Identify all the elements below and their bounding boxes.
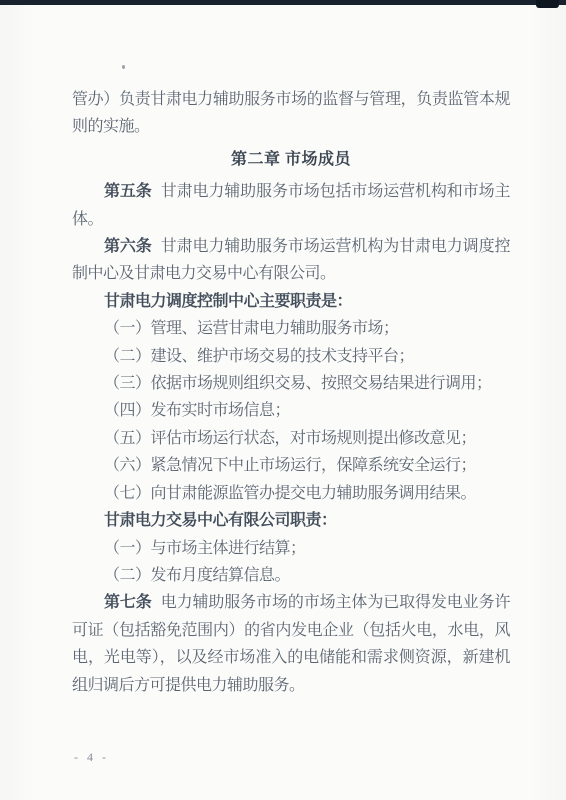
scan-top-edge-blot	[536, 0, 559, 8]
paragraph-line: 第六条甘肃电力辅助服务市场运营机构为甘肃电力调度控	[72, 233, 510, 260]
document-content: 管办）负责甘肃电力辅助服务市场的监督与管理，负责监管本规 则的实施。 第二章 市…	[72, 86, 510, 699]
paragraph-line: 制中心及甘肃电力交易中心有限公司。	[72, 260, 510, 287]
list-item: （一）管理、运营甘肃电力辅助服务市场；	[72, 315, 510, 342]
list-item: （四）发布实时市场信息；	[72, 397, 510, 424]
paragraph-line: 可证（包括豁免范围内）的省内发电企业（包括火电，水电，风	[72, 617, 510, 644]
list-item: （六）紧急情况下中止市场运行，保障系统安全运行；	[72, 452, 510, 479]
list-item: （一）与市场主体进行结算；	[72, 535, 510, 562]
list-item: （七）向甘肃能源监管办提交电力辅助服务调用结果。	[72, 480, 510, 507]
line-text: 电力辅助服务市场的市场主体为已取得发电业务许	[161, 594, 510, 611]
paragraph-line: 组归调后方可提供电力辅助服务。	[72, 672, 510, 699]
document-page: 管办）负责甘肃电力辅助服务市场的监督与管理，负责监管本规 则的实施。 第二章 市…	[0, 0, 566, 800]
article-number: 第六条	[104, 238, 152, 255]
chapter-heading: 第二章 市场成员	[72, 146, 510, 173]
section-subheading: 甘肃电力交易中心有限公司职责：	[72, 507, 510, 534]
line-text: 甘肃电力辅助服务市场包括市场运营机构和市场主	[161, 183, 510, 200]
page-number: - 4 -	[74, 750, 109, 765]
list-item: （五）评估市场运行状态，对市场规则提出修改意见；	[72, 425, 510, 452]
list-item: （三）依据市场规则组织交易、按照交易结果进行调用；	[72, 370, 510, 397]
article-number: 第七条	[104, 594, 152, 611]
paragraph-line: 体。	[72, 206, 510, 233]
line-text: 甘肃电力辅助服务市场运营机构为甘肃电力调度控	[161, 238, 510, 255]
scan-speck	[122, 65, 125, 69]
section-subheading: 甘肃电力调度控制中心主要职责是：	[72, 288, 510, 315]
list-item: （二）建设、维护市场交易的技术支持平台；	[72, 343, 510, 370]
paragraph-line: 第五条甘肃电力辅助服务市场包括市场运营机构和市场主	[72, 178, 510, 205]
paragraph-line: 管办）负责甘肃电力辅助服务市场的监督与管理，负责监管本规	[72, 86, 510, 113]
paragraph-line: 则的实施。	[72, 113, 510, 140]
paragraph-line: 电，光电等），以及经市场准入的电储能和需求侧资源，新建机	[72, 644, 510, 671]
list-item: （二）发布月度结算信息。	[72, 562, 510, 589]
article-number: 第五条	[104, 183, 152, 200]
scan-top-edge	[0, 0, 566, 5]
paragraph-line: 第七条电力辅助服务市场的市场主体为已取得发电业务许	[72, 589, 510, 616]
